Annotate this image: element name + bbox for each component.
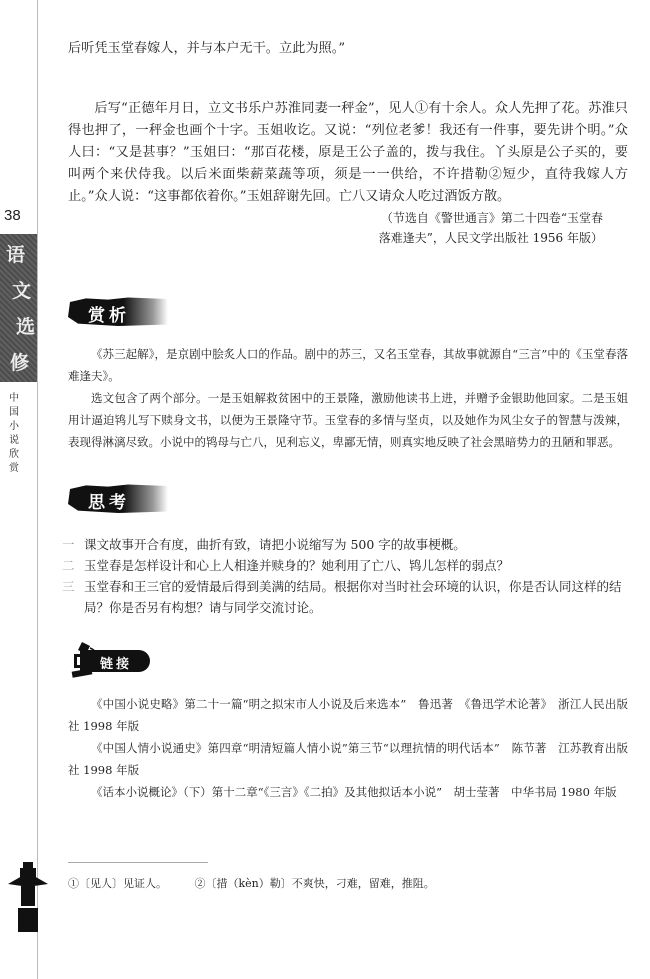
question-item: 一课文故事开合有度，曲折有致，请把小说缩写为 500 字的故事梗概。 xyxy=(62,534,622,555)
appreciation-paragraph: 选文包含了两个部分。一是玉姐解救贫困中的王景隆，激励他读书上进，并赠予金银助他回… xyxy=(68,387,628,453)
question-text: 玉堂春是怎样设计和心上人相逢并赎身的？她利用了亡八、鸨儿怎样的弱点？ xyxy=(84,555,509,576)
links-heading: 链接 xyxy=(100,653,132,672)
question-number: 三 xyxy=(62,576,84,618)
footnote-1: ①〔见人〕见证人。 xyxy=(68,877,167,890)
sidebar-char: 语 xyxy=(6,240,25,267)
source-line: 落难逢夫”，人民文学出版社 1956 年版） xyxy=(68,228,603,248)
question-item: 二玉堂春是怎样设计和心上人相逢并赎身的？她利用了亡八、鸨儿怎样的弱点？ xyxy=(62,555,622,576)
appreciation-heading-badge: 赏析 xyxy=(68,296,168,326)
appreciation-section: 《苏三起解》，是京剧中脍炙人口的作品。剧中的苏三，又名玉堂春，其故事就源自“三言… xyxy=(68,343,628,453)
sidebar-char: 修 xyxy=(10,348,29,375)
link-item: 《中国小说史略》第二十一篇“明之拟宋市人小说及后来选本” 鲁迅著 《鲁迅学术论著… xyxy=(68,693,628,737)
margin-rule xyxy=(37,0,38,979)
thinking-heading: 思考 xyxy=(88,488,130,513)
appreciation-heading: 赏析 xyxy=(88,301,130,326)
sidebar-char: 选 xyxy=(16,312,35,339)
page-number: 38 xyxy=(4,207,21,224)
top-line: 后听凭玉堂春嫁人，并与本户无干。立此为照。” xyxy=(68,38,628,60)
footnote-2: ②〔措（kèn）勒〕不爽快，刁难，留难，推阻。 xyxy=(195,877,435,890)
question-item: 三玉堂春和王三官的爱情最后得到美满的结局。根据你对当时社会环境的认识，你是否认同… xyxy=(62,576,622,618)
appreciation-paragraph: 《苏三起解》，是京剧中脍炙人口的作品。剧中的苏三，又名玉堂春，其故事就源自“三言… xyxy=(68,343,628,387)
top-line-block: 后听凭玉堂春嫁人，并与本户无干。立此为照。” xyxy=(68,38,628,60)
links-heading-badge: 链接 xyxy=(80,650,150,672)
link-item: 《中国人情小说通史》第四章“明清短篇人情小说”第三节“以理抗情的明代话本” 陈节… xyxy=(68,737,628,781)
links-section: 《中国小说史略》第二十一篇“明之拟宋市人小说及后来选本” 鲁迅著 《鲁迅学术论著… xyxy=(68,693,628,803)
question-text: 课文故事开合有度，曲折有致，请把小说缩写为 500 字的故事梗概。 xyxy=(84,534,466,555)
sidebar-caption: 中国小说欣赏 xyxy=(9,392,23,476)
passage: 后写“正德年月日，立文书乐户苏淮同妻一秤金”，见人①有十余人。众人先押了花。苏淮… xyxy=(68,98,628,248)
footnotes: ①〔见人〕见证人。 ②〔措（kèn）勒〕不爽快，刁难，留难，推阻。 xyxy=(68,875,435,891)
thinking-questions: 一课文故事开合有度，曲折有致，请把小说缩写为 500 字的故事梗概。 二玉堂春是… xyxy=(62,534,622,618)
footnote-rule xyxy=(68,862,208,863)
question-text: 玉堂春和王三官的爱情最后得到美满的结局。根据你对当时社会环境的认识，你是否认同这… xyxy=(84,576,622,618)
link-item: 《话本小说概论》（下）第十二章“《三言》《二拍》及其他拟话本小说” 胡士莹著 中… xyxy=(68,781,628,803)
lamp-ornament-icon xyxy=(8,862,48,934)
sidebar-title-block: 语 文 选 修 xyxy=(0,234,37,382)
question-number: 一 xyxy=(62,534,84,555)
passage-paragraph: 后写“正德年月日，立文书乐户苏淮同妻一秤金”，见人①有十余人。众人先押了花。苏淮… xyxy=(68,98,628,208)
source-citation: （节选自《警世通言》第二十四卷“玉堂春 落难逢夫”，人民文学出版社 1956 年… xyxy=(68,208,603,248)
sidebar-char: 文 xyxy=(12,276,31,303)
thinking-heading-badge: 思考 xyxy=(68,483,168,513)
source-line: （节选自《警世通言》第二十四卷“玉堂春 xyxy=(68,208,603,228)
question-number: 二 xyxy=(62,555,84,576)
